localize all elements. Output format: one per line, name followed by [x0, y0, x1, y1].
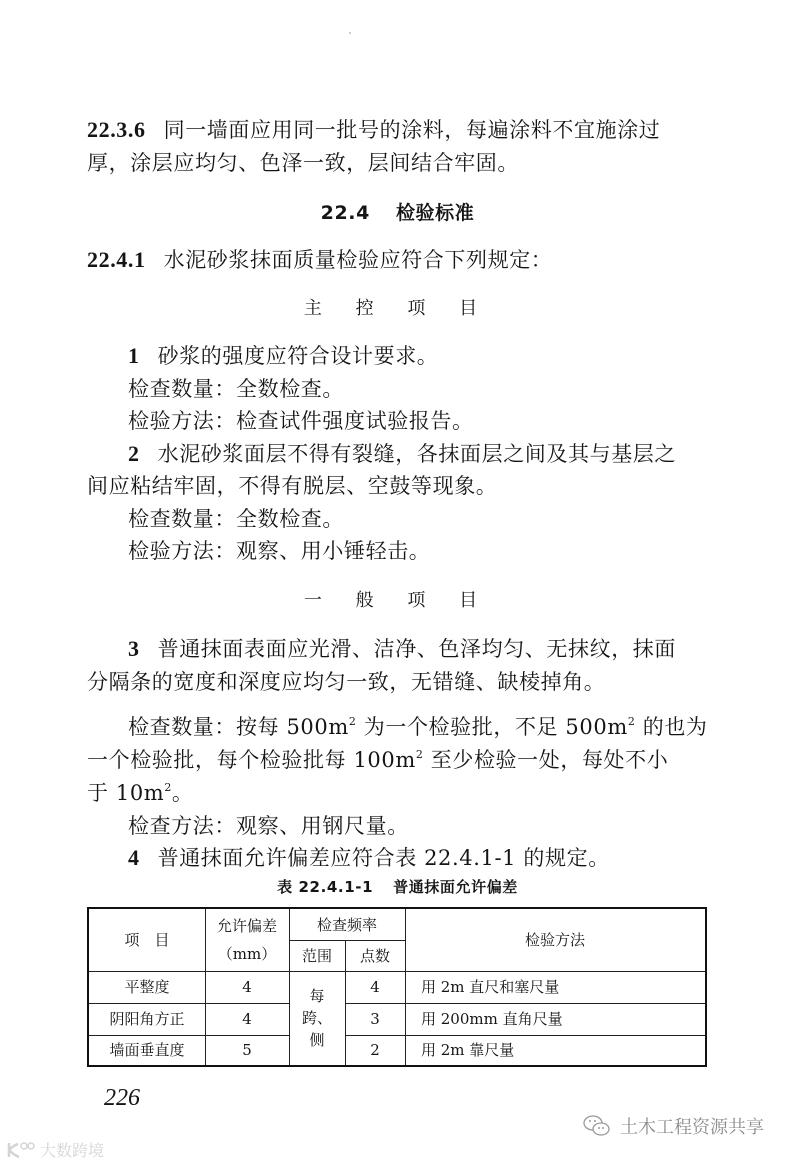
text-run: 为一个检验批，不足 500m: [356, 715, 627, 739]
tolerance-table: 项 目 允许偏差 （mm） 检查频率 范围 点数 检验方法 每跨、侧 平整度 4…: [87, 907, 707, 1067]
item-text: 普通抹面允许偏差应符合表 22.4.1-1 的规定。: [158, 846, 610, 870]
header-tolerance-unit: （mm）: [218, 943, 276, 965]
row-1-method: 用 2m 直尺和塞尺量: [405, 971, 705, 1003]
row-2-tolerance: 4: [205, 1003, 289, 1035]
item-3-check-qty-line3: 于 10m2。: [87, 779, 194, 807]
section-number: 22.4: [321, 202, 370, 224]
item-4: 4普通抹面允许偏差应符合表 22.4.1-1 的规定。: [128, 844, 610, 872]
text-run: 的也为: [635, 715, 707, 739]
item-text: 砂浆的强度应符合设计要求。: [158, 344, 439, 368]
item-text: 水泥砂浆面层不得有裂缝，各抹面层之间及其与基层之: [158, 442, 676, 466]
item-3-check-qty-line2: 一个检验批，每个检验批每 100m2 至少检验一处，每处不小: [87, 746, 668, 774]
item-1: 1砂浆的强度应符合设计要求。: [128, 342, 438, 370]
text-run: 于 10m: [87, 781, 164, 805]
row-2-points: 3: [345, 1003, 405, 1035]
header-method: 检验方法: [405, 909, 705, 971]
header-tolerance: 允许偏差 （mm）: [205, 909, 289, 971]
row-1-item: 平整度: [89, 971, 205, 1003]
header-points: 点数: [345, 940, 405, 971]
row-2-method: 用 200mm 直角尺量: [405, 1003, 705, 1035]
header-range: 范围: [289, 940, 345, 971]
table-title: 普通抹面允许偏差: [393, 878, 518, 896]
item-2-check-method: 检验方法：观察、用小锤轻击。: [128, 537, 430, 565]
paragraph-22-4-1: 22.4.1水泥砂浆抹面质量检验应符合下列规定：: [87, 246, 552, 274]
text-run: 一个检验批，每个检验批每 100m: [87, 748, 416, 772]
text-run: 检查数量：按每 500m: [128, 715, 349, 739]
item-1-check-method: 检验方法：检查试件强度试验报告。: [128, 407, 474, 435]
clause-text: 水泥砂浆抹面质量检验应符合下列规定：: [164, 248, 553, 272]
paragraph-22-3-6-line2: 厚，涂层应均匀、色泽一致，层间结合牢固。: [87, 149, 519, 177]
text-run: 至少检验一处，每处不小: [423, 748, 668, 772]
section-title: 检验标准: [396, 202, 474, 224]
wechat-icon: [582, 1113, 612, 1139]
row-1-points: 4: [345, 971, 405, 1003]
superscript: 2: [164, 781, 172, 794]
page-number: 226: [104, 1085, 140, 1112]
watermark-left: 大数跨境: [6, 1138, 104, 1161]
header-tolerance-label: 允许偏差: [217, 915, 277, 937]
general-items-heading: 一 般 项 目: [0, 587, 795, 615]
table-caption: 表 22.4.1-1普通抹面允许偏差: [0, 873, 795, 901]
item-text: 普通抹面表面应光滑、洁净、色泽均匀、无抹纹，抹面: [158, 637, 676, 661]
main-items-heading: 主 控 项 目: [0, 295, 795, 323]
item-number: 1: [128, 343, 140, 368]
item-number: 2: [128, 441, 140, 466]
table-number: 表 22.4.1-1: [277, 878, 373, 896]
row-3-tolerance: 5: [205, 1035, 289, 1065]
item-3-line1: 3普通抹面表面应光滑、洁净、色泽均匀、无抹纹，抹面: [128, 635, 676, 663]
row-2-item: 阴阳角方正: [89, 1003, 205, 1035]
row-3-points: 2: [345, 1035, 405, 1065]
item-3-check-method: 检查方法：观察、用钢尺量。: [128, 812, 409, 840]
item-1-check-qty: 检查数量：全数检查。: [128, 375, 344, 403]
watermark-right-text: 土木工程资源共享: [620, 1113, 764, 1139]
item-3-line2: 分隔条的宽度和深度应均匀一致，无错缝、缺棱掉角。: [87, 668, 605, 696]
clause-number: 22.4.1: [87, 247, 146, 272]
header-frequency: 检查频率: [289, 909, 405, 940]
row-3-method: 用 2m 靠尺量: [405, 1035, 705, 1065]
item-2-check-qty: 检查数量：全数检查。: [128, 505, 344, 533]
watermark-left-text: 大数跨境: [40, 1138, 104, 1161]
item-number: 4: [128, 845, 140, 870]
item-3-check-qty-line1: 检查数量：按每 500m2 为一个检验批，不足 500m2 的也为: [128, 713, 708, 741]
clause-number: 22.3.6: [87, 117, 146, 142]
item-number: 3: [128, 636, 140, 661]
paragraph-22-3-6-line1: 22.3.6同一墙面应用同一批号的涂料，每遍涂料不宜施涂过: [87, 116, 660, 144]
range-merged-cell: 每跨、侧: [289, 971, 345, 1065]
clause-text: 同一墙面应用同一批号的涂料，每遍涂料不宜施涂过: [164, 118, 661, 142]
item-2-line1: 2水泥砂浆面层不得有裂缝，各抹面层之间及其与基层之: [128, 440, 676, 468]
row-3-item: 墙面垂直度: [89, 1035, 205, 1065]
text-run: 。: [172, 781, 194, 805]
brand-logo-icon: [6, 1141, 36, 1159]
scan-speck: [349, 32, 351, 34]
header-item: 项 目: [89, 909, 205, 971]
watermark-right: 土木工程资源共享: [582, 1113, 764, 1139]
row-1-tolerance: 4: [205, 971, 289, 1003]
item-2-line2: 间应粘结牢固，不得有脱层、空鼓等现象。: [87, 472, 497, 500]
section-heading-22-4: 22.4检验标准: [0, 199, 795, 227]
